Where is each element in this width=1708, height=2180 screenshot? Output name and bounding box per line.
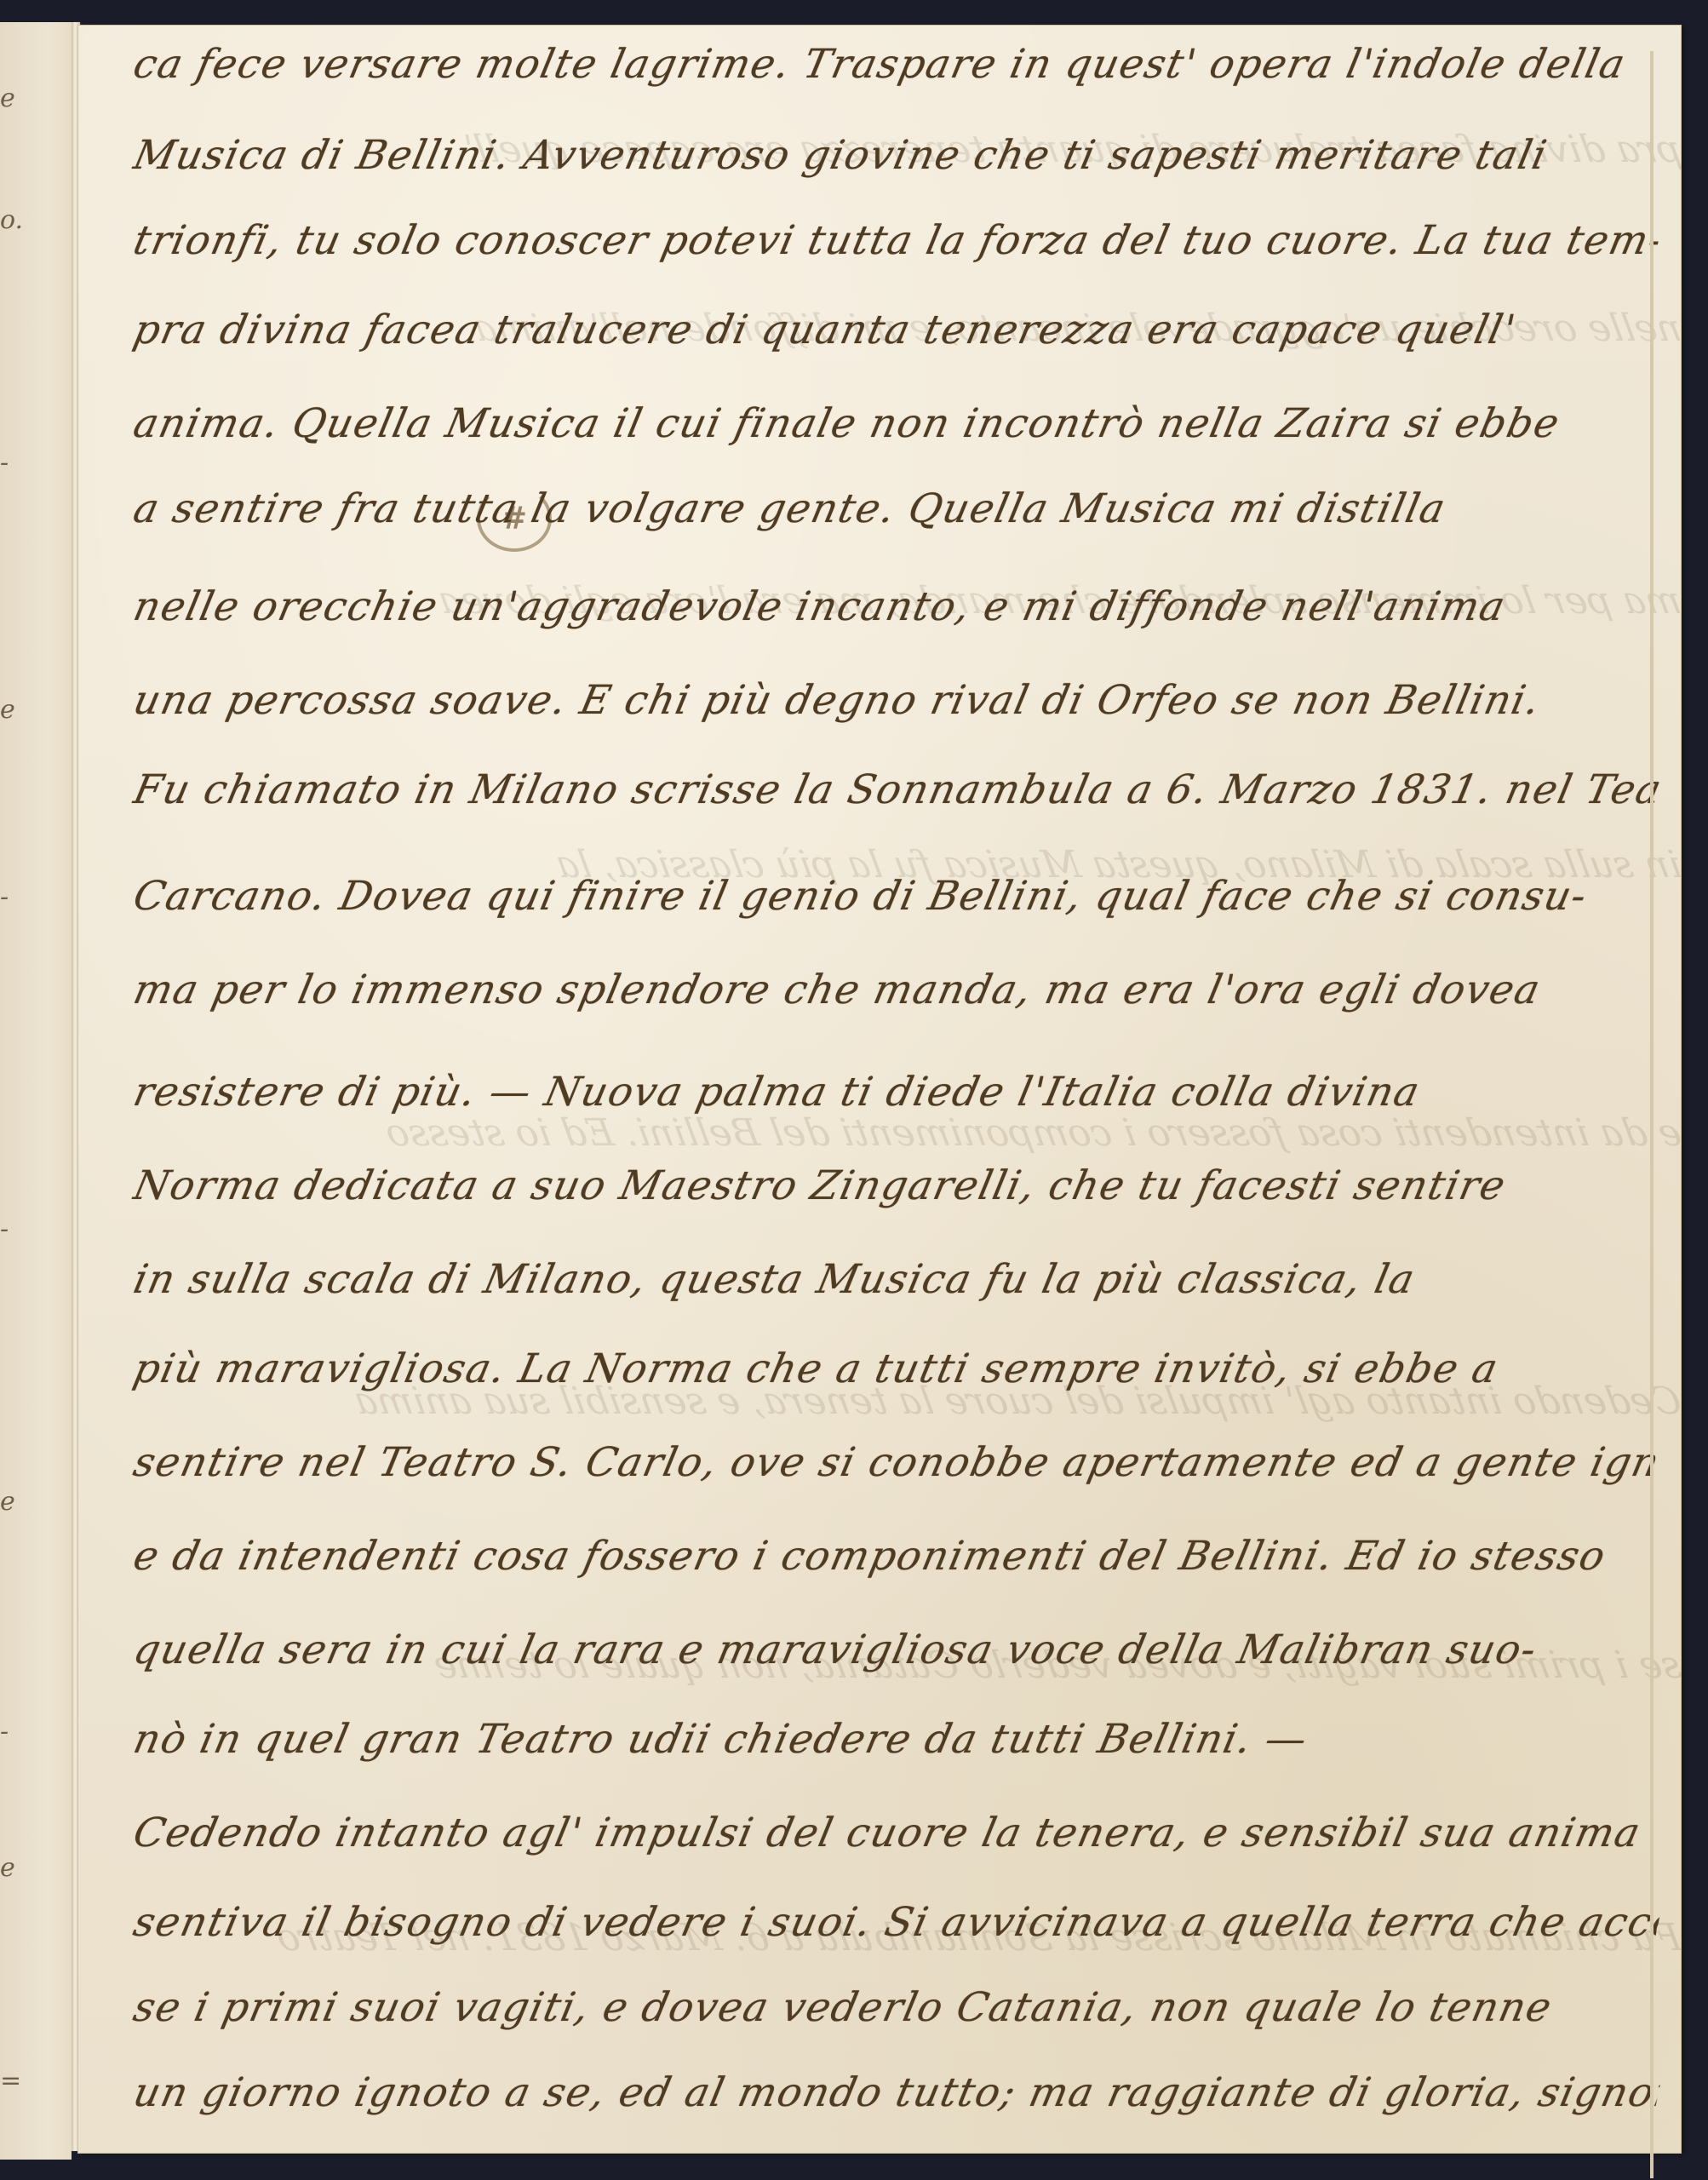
margin-fragment: - (0, 1214, 9, 1244)
text-line: a sentire fra tutta la volgare gente. Qu… (129, 485, 1664, 532)
text-line: Carcano. Dovea qui finire il genio di Be… (129, 873, 1664, 920)
text-line: trionfi, tu solo conoscer potevi tutta l… (129, 217, 1664, 264)
margin-fragment: e (0, 83, 15, 113)
text-line: resistere di più. — Nuova palma ti diede… (129, 1069, 1664, 1116)
text-line: nò in quel gran Teatro udii chiedere da … (129, 1716, 1664, 1763)
text-line: più maravigliosa. La Norma che a tutti s… (129, 1345, 1664, 1392)
text-line: Cedendo intanto agl' impulsi del cuore l… (129, 1810, 1664, 1856)
margin-fragment: = (0, 2066, 21, 2096)
text-line: una percossa soave. E chi più degno riva… (129, 677, 1664, 724)
text-line: in sulla scala di Milano, questa Musica … (129, 1256, 1664, 1303)
text-line: e da intendenti cosa fossero i componime… (129, 1533, 1664, 1580)
manuscript-page: pra divina facea tralucere di quanta ten… (78, 26, 1681, 2153)
page-edge (1650, 51, 1654, 2178)
text-line: Norma dedicata a suo Maestro Zingarelli,… (129, 1162, 1664, 1209)
margin-fragment: - (0, 448, 9, 478)
text-line: sentiva il bisogno di vedere i suoi. Si … (129, 1899, 1664, 1946)
text-line: anima. Quella Musica il cui finale non i… (129, 400, 1664, 447)
text-line: sentire nel Teatro S. Carlo, ove si cono… (129, 1439, 1664, 1486)
margin-fragment: e (0, 1487, 15, 1517)
text-line: quella sera in cui la rara e maraviglios… (129, 1626, 1664, 1673)
text-line: un giorno ignoto a se, ed al mondo tutto… (129, 2069, 1664, 2116)
handwritten-text: ca fece versare molte lagrime. Traspare … (78, 26, 1681, 2153)
text-line: ca fece versare molte lagrime. Traspare … (129, 41, 1664, 88)
text-line: ma per lo immenso splendore che manda, m… (129, 967, 1664, 1013)
text-line: nelle orecchie un'aggradevole incanto, e… (129, 583, 1664, 630)
text-line: se i primi suoi vagiti, e dovea vederlo … (129, 1984, 1664, 2031)
margin-fragment: - (0, 882, 9, 912)
text-line: Musica di Bellini. Avventuroso giovine c… (129, 132, 1664, 179)
margin-fragment: e (0, 695, 15, 725)
margin-fragment: - (0, 1717, 9, 1747)
text-line: pra divina facea tralucere di quanta ten… (129, 307, 1664, 353)
margin-fragment: o. (0, 205, 23, 235)
facing-page-edge: e o. - e - - e - e = (0, 22, 72, 2160)
text-line: Fu chiamato in Milano scrisse la Sonnamb… (129, 766, 1664, 813)
margin-fragment: e (0, 1853, 15, 1883)
